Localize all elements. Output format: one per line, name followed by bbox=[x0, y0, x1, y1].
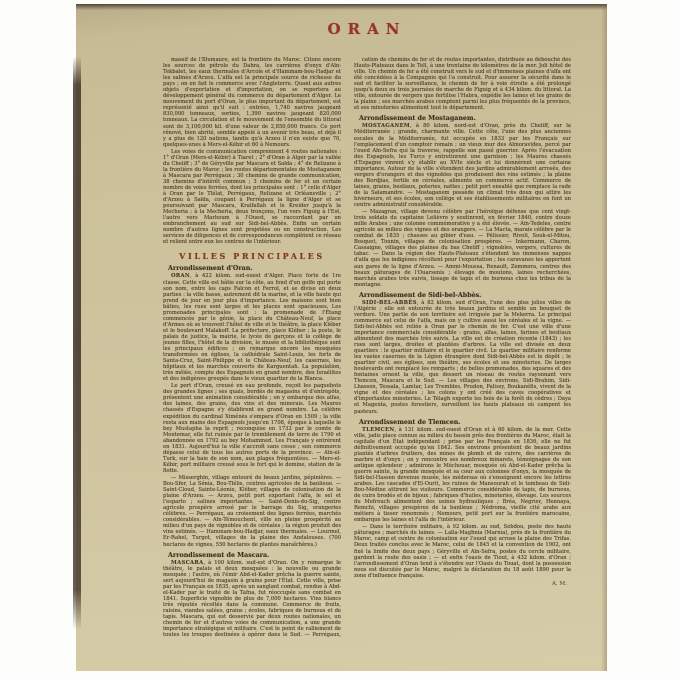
paragraph-tlemcen-1: TLEMCEN, à 131 kilom. sud-ouest d'Oran e… bbox=[354, 427, 571, 524]
mostaganem-text-1: , à 80 kilom. nord-est d'Oran, près du C… bbox=[354, 123, 571, 208]
page-paper: ORAN massif de l'Illumaure, est la front… bbox=[76, 4, 607, 671]
arrondissement-tlemcen-heading: Arrondissement de Tlemcen. bbox=[359, 419, 571, 426]
paragraph-voies-communication: Les voies de communication comprennent 4… bbox=[163, 149, 341, 246]
mascara-text: , à 100 kilom. sud-est d'Oran. On y rema… bbox=[163, 560, 341, 637]
text-columns: massif de l'Illumaure, est la frontière … bbox=[163, 57, 571, 637]
page-left-edge-shadow bbox=[73, 56, 81, 630]
paragraph-mostaganem-2: — Mazagran, village devenu célèbre par l… bbox=[354, 209, 571, 288]
paragraph-sidi-bel-abbes: SIDI-BEL-ABBÈS, à 82 kilom. sud d'Oran, … bbox=[354, 300, 571, 415]
scanned-page-photo: ORAN massif de l'Illumaure, est la front… bbox=[0, 0, 680, 680]
villes-principales-heading: VILLES PRINCIPALES bbox=[163, 251, 341, 261]
arrondissement-sidi-bel-abbes-heading: Arrondissement de Sidi-bel-Abbès. bbox=[359, 292, 571, 299]
author-initials: A. M. bbox=[354, 581, 571, 587]
paragraph-mascara: MASCARA, à 100 kilom. sud-est d'Oran. On… bbox=[163, 560, 341, 637]
page-title: ORAN bbox=[163, 20, 571, 38]
paper-right-edge bbox=[601, 4, 607, 671]
left-column: massif de l'Illumaure, est la frontière … bbox=[163, 57, 341, 637]
paragraph-mostaganem-1: MOSTAGANEM, à 80 kilom. nord-est d'Oran,… bbox=[354, 123, 571, 208]
paper-top-edge-shadow bbox=[76, 4, 607, 10]
paragraph-oran-1: ORAN, à 422 kilom. sud-ouest d'Alger. Pl… bbox=[163, 273, 341, 382]
sidi-bel-abbes-text: , à 82 kilom. sud d'Oran, l'une des plus… bbox=[354, 300, 571, 415]
oran-text-1: , à 422 kilom. sud-ouest d'Alger. Place … bbox=[163, 273, 341, 382]
paragraph-oran-3: — Misserghin, village entouré de beaux j… bbox=[163, 475, 341, 548]
right-column: cation de chemins de fer et de routes im… bbox=[354, 57, 571, 637]
arrondissement-mostaganem-heading: Arrondissement de Mostaganem. bbox=[359, 115, 571, 122]
tlemcen-text-1: , à 131 kilom. sud-ouest d'Oran et à 60 … bbox=[354, 427, 571, 524]
paragraph-continuation: massif de l'Illumaure, est la frontière … bbox=[163, 57, 341, 148]
paragraph-tlemcen-2: — Dans le territoire militaire, à 92 kil… bbox=[354, 524, 571, 578]
arrondissement-oran-heading: Arrondissement d'Oran. bbox=[168, 265, 341, 272]
arrondissement-mascara-heading: Arrondissement de Mascara. bbox=[168, 552, 341, 559]
paragraph-perregaux-continuation: cation de chemins de fer et de routes im… bbox=[354, 57, 571, 111]
paragraph-oran-2: Le port d'Oran, creusé en eau profonde, … bbox=[163, 383, 341, 474]
